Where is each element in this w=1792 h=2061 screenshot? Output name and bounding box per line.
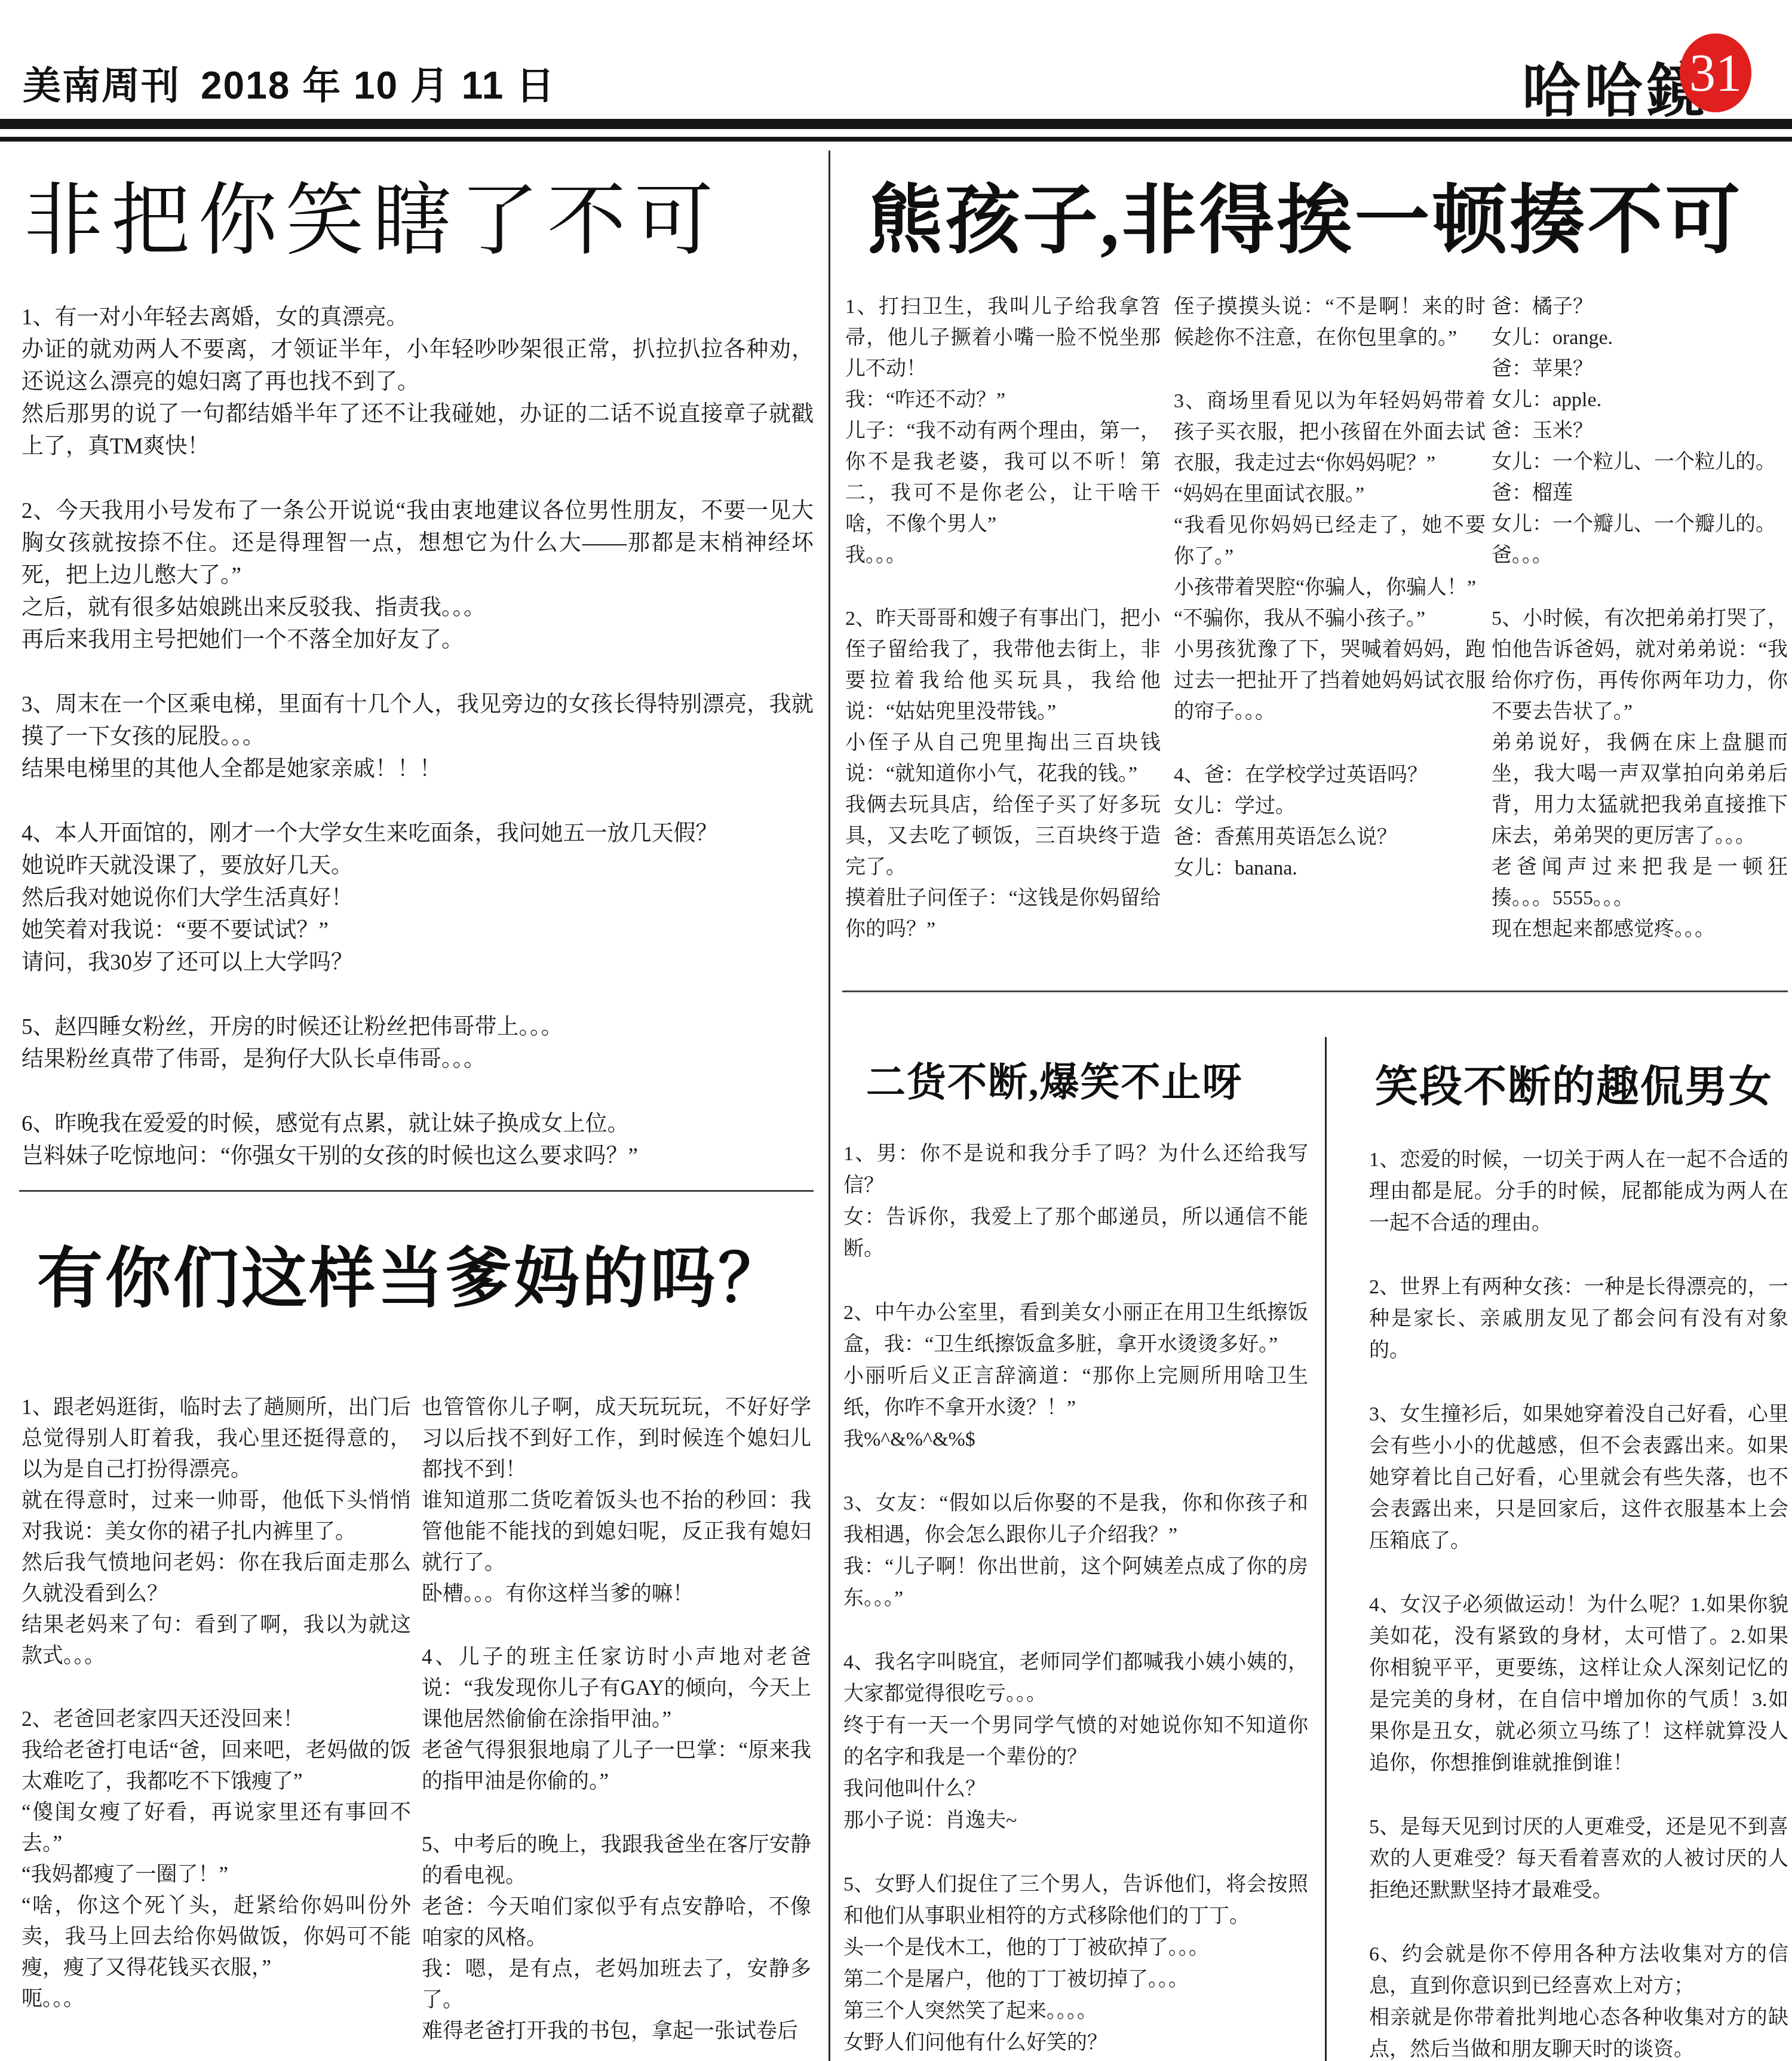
masthead-rule-thick [0,119,1792,129]
divider-under-laugh-blind [19,1190,814,1192]
paragraph-gap [22,1672,411,1704]
divider-under-bear-kid [842,990,1788,992]
erhuo-title: 二货不断,爆笑不止呀 [866,1050,1243,1107]
text-line: 小侄子从自己兜里掏出三百块钱说：“就知道你小气，花我的钱。” [845,728,1161,790]
text-line: 相亲就是你带着批判地心态各种收集对方的缺点，然后当做和朋友聊天时的谈资。 [1369,2002,1788,2061]
text-line: 我给老爸打电话“爸，回来吧，老妈做的饭太难吃了，我都吃不下饿瘦了” [22,1735,411,1797]
text-line: 小孩带着哭腔“你骗人，你骗人！” [1174,572,1486,603]
bear-kid-title: 熊孩子,非得挨一顿揍不可 [867,160,1743,268]
text-line: 第二个是屠户，他的丁丁被切掉了。。。 [843,1964,1308,1995]
text-line: 1、打扫卫生，我叫儿子给我拿笤帚，他儿子撅着小嘴一脸不悦坐那儿不动！ [845,292,1161,385]
text-line: “傻闺女瘦了好看，再说家里还有事回不去。” [22,1797,411,1859]
text-line: 4、女汉子必须做运动！为什么呢？1.如果你貌美如花，没有紧致的身材，太可惜了。2… [1369,1589,1788,1779]
paragraph-gap [845,571,1161,603]
text-line: 爸：香蕉用英语怎么说？ [1174,822,1486,853]
text-line: 5、中考后的晚上，我跟我爸坐在客厅安静的看电视。 [422,1829,811,1891]
text-line: 她笑着对我说：“要不要试试？” [22,915,814,947]
paragraph-gap [22,979,814,1011]
text-line: 2、昨天哥哥和嫂子有事出门，把小侄子留给我了，我带他去街上，非要拉着我给他买玩具… [845,603,1161,728]
text-line: 然后我对她说你们大学生活真好！ [22,882,814,915]
text-line: 结果老妈来了句：看到了啊，我以为就这款式。。。 [22,1609,411,1672]
text-line: 爸：橘子？ [1492,292,1788,323]
text-line: 终于有一天一个男同学气愤的对她说你知不知道你的名字和我是一个辈份的？ [843,1710,1308,1773]
text-line: 女儿：学过。 [1174,791,1486,822]
text-line: 我俩去玩具店，给侄子买了好多玩具，又去吃了顿饭，三百块终于造完了。 [845,790,1161,883]
text-line: 女：告诉你，我爱上了那个邮递员，所以通信不能断。 [843,1201,1308,1265]
bear-kid-column-2: 侄子摸摸头说：“不是啊！来的时候趁你不注意，在你包里拿的。”3、商场里看见以为年… [1174,292,1486,979]
paragraph-gap [22,786,814,818]
text-line: 侄子摸摸头说：“不是啊！来的时候趁你不注意，在你包里拿的。” [1174,292,1486,354]
text-line: 5、女野人们捉住了三个男人，告诉他们，将会按照和他们从事职业相符的方式移除他们的… [843,1869,1308,1932]
text-line: 女儿：一个瓣儿、一个瓣儿的。 [1492,509,1788,540]
paragraph-gap [1369,1239,1788,1271]
text-line: 女儿：orange. [1492,323,1788,354]
text-line: 老爸气得狠狠地扇了儿子一巴掌：“原来我的指甲油是你偷的。” [422,1735,811,1797]
text-line: 爸：玉米？ [1492,416,1788,447]
divider-bottom-right [1325,1037,1327,2061]
bear-kid-column-3: 爸：橘子？女儿：orange.爸：苹果？女儿：apple.爸：玉米？女儿：一个粒… [1492,292,1788,979]
text-line: 之后，就有很多姑娘跳出来反驳我、指责我。。。 [22,592,814,624]
text-line: 那小子说：肖逸夫~ [843,1805,1308,1836]
text-line: 呃。。。 [22,1983,411,2014]
paragraph-gap [22,1076,814,1108]
text-line: “我看见你妈妈已经走了，她不要你了。” [1174,510,1486,572]
paragraph-gap [22,463,814,495]
text-line: 女儿：一个粒儿、一个粒儿的。 [1492,447,1788,478]
parenting-column-right: 也管管你儿子啊，成天玩玩玩，不好好学习以后找不到好工作，到时候连个媳妇儿都找不到… [422,1392,811,2061]
text-line: 5、赵四睡女粉丝，开房的时候还让粉丝把伟哥带上。。。 [22,1011,814,1044]
text-line: 我问他叫什么？ [843,1773,1308,1805]
paragraph-gap [843,1836,1308,1869]
text-line: 6、昨晚我在爱爱的时候，感觉有点累，就让妹子换成女上位。 [22,1108,814,1140]
text-line: 小男孩犹豫了下，哭喊着妈妈，跑过去一把扯开了挡着她妈妈试衣服的帘子。。。 [1174,634,1486,728]
paragraph-gap [22,657,814,689]
text-line: 2、老爸回老家四天还没回来！ [22,1704,411,1735]
text-line: 爸：榴莲 [1492,478,1788,509]
paragraph-gap [843,1455,1308,1488]
text-line: 现在想起来都感觉疼。。。 [1492,914,1788,945]
page-number: 31 [1689,43,1742,103]
text-line: 4、本人开面馆的，刚才一个大学女生来吃面条，我问她五一放几天假？ [22,818,814,850]
parenting-column-left: 1、跟老妈逛街，临时去了趟厕所，出门后总觉得别人盯着我，我心里还挺得意的，以为是… [22,1392,411,2061]
text-line: 女儿：apple. [1492,385,1788,416]
paragraph-gap [1174,354,1486,386]
text-line: 我。。。 [845,540,1161,571]
paragraph-gap [1174,728,1486,760]
text-line: 弟弟说好，我俩在床上盘腿而坐，我大喝一声双掌拍向弟弟后背，用力太猛就把我弟直接推… [1492,728,1788,852]
text-line: 爸：苹果？ [1492,354,1788,385]
banter-title: 笑段不断的趣侃男女 [1375,1051,1773,1114]
text-line: 我%^&%^&%$ [843,1424,1308,1455]
text-line: 1、男：你不是说和我分手了吗？为什么还给我写信？ [843,1138,1308,1201]
text-line: 头一个是伐木工，他的丁丁被砍掉了。。。 [843,1932,1308,1964]
text-line: 再后来我用主号把她们一个不落全加好友了。 [22,624,814,657]
masthead-publication: 美南周刊 [23,64,180,107]
page-number-badge: 31 [1680,33,1751,112]
text-line: 2、今天我用小号发布了一条公开说说“我由衷地建议各位男性朋友，不要一见大胸女孩就… [22,495,814,592]
text-line: “不骗你，我从不骗小孩子。” [1174,603,1486,634]
text-line: 1、恋爱的时候，一切关于两人在一起不合适的理由都是屁。分手的时候，屁都能成为两人… [1369,1144,1788,1239]
text-line: 就在得意时，过来一帅哥，他低下头悄悄对我说：美女你的裙子扎内裤里了。 [22,1485,411,1547]
text-line: 老爸闻声过来把我是一顿狂揍。。。5555。。。 [1492,852,1788,914]
text-line: 儿子：“我不动有两个理由，第一，你不是我老婆，我可以不听！第二，我可不是你老公，… [845,416,1161,540]
text-line: 女野人们问他有什么好笑的？ [843,2027,1308,2059]
text-line: 6、约会就是你不停用各种方法收集对方的信息，直到你意识到已经喜欢上对方； [1369,1939,1788,2002]
text-line: 我：“咋还不动？” [845,385,1161,416]
banter-column: 1、恋爱的时候，一切关于两人在一起不合适的理由都是屁。分手的时候，屁都能成为两人… [1369,1144,1788,2061]
text-line: 老爸：今天咱们家似乎有点安静哈，不像咱家的风格。 [422,1891,811,1953]
laugh-blind-title: 非把你笑瞎了不可 [24,157,722,270]
text-line: 3、女友：“假如以后你娶的不是我，你和你孩子和我相遇，你会怎么跟你儿子介绍我？” [843,1488,1308,1551]
text-line: 办证的就劝两人不要离，才领证半年，小年轻吵吵架很正常，扒拉扒拉各种劝，还说这么漂… [22,334,814,398]
text-line: 摸着肚子问侄子：“这钱是你妈留给你的吗？” [845,883,1161,945]
masthead-rule-thin [0,137,1792,142]
text-line: 4、我名字叫晓宜，老师同学们都喊我小姨小姨的，大家都觉得很吃亏。。。 [843,1646,1308,1710]
text-line: 我：嗯，是有点，老妈加班去了，安静多了。 [422,1953,811,2016]
text-line: 2、中午办公室里，看到美女小丽正在用卫生纸擦饭盒，我：“卫生纸擦饭盒多脏，拿开水… [843,1297,1308,1360]
text-line: 也管管你儿子啊，成天玩玩玩，不好好学习以后找不到好工作，到时候连个媳妇儿都找不到… [422,1392,811,1485]
paragraph-gap [843,1265,1308,1297]
text-line: 结果粉丝真带了伟哥，是狗仔大队长卓伟哥。。。 [22,1044,814,1076]
masthead: 美南周刊2018 年 10 月 11 日 [23,55,556,110]
text-line: 1、有一对小年轻去离婚，女的真漂亮。 [22,302,814,334]
text-line: 她说昨天就没课了，要放好几天。 [22,850,814,882]
masthead-date: 2018 年 10 月 11 日 [201,64,556,107]
paragraph-gap [1369,1906,1788,1939]
text-line: 难得老爸打开我的书包，拿起一张试卷后 [422,2016,811,2047]
paragraph-gap [1369,1366,1788,1398]
paragraph-gap [843,1614,1308,1646]
text-line: 5、小时候，有次把弟弟打哭了，怕他告诉爸妈，就对弟弟说：“我给你疗伤，再传你两年… [1492,603,1788,728]
erhuo-column: 1、男：你不是说和我分手了吗？为什么还给我写信？女：告诉你，我爱上了那个邮递员，… [843,1138,1308,2061]
text-line: 岂料妹子吃惊地问：“你强女干别的女孩的时候也这么要求吗？” [22,1140,814,1173]
text-line: 1、跟老妈逛街，临时去了趟厕所，出门后总觉得别人盯着我，我心里还挺得意的，以为是… [22,1392,411,1485]
newspaper-page: { "header": { "publication": "美南周刊", "da… [0,0,1792,2061]
paragraph-gap [422,1797,811,1829]
text-line: “啥，你这个死丫头，赶紧给你妈叫份外卖，我马上回去给你妈做饭，你妈可不能瘦，瘦了… [22,1890,411,1983]
text-line: 5、是每天见到讨厌的人更难受，还是见不到喜欢的人更难受？每天看着喜欢的人被讨厌的… [1369,1811,1788,1906]
paragraph-gap [1369,1557,1788,1589]
parenting-title: 有你们这样当爹妈的吗？ [37,1226,786,1320]
text-line: 3、周末在一个区乘电梯，里面有十几个人，我见旁边的女孩长得特别漂亮，我就摸了一下… [22,689,814,753]
text-line: 爸。。。 [1492,540,1788,571]
text-line: 3、商场里看见以为年轻妈妈带着孩子买衣服，把小孩留在外面去试衣服，我走过去“你妈… [1174,386,1486,479]
paragraph-gap [422,1609,811,1642]
text-line: 小丽听后义正言辞滴道：“那你上完厕所用啥卫生纸，你咋不拿开水烫？！” [843,1360,1308,1424]
text-line: “我妈都瘦了一圈了！” [22,1859,411,1890]
paragraph-gap [1369,1779,1788,1811]
masthead-section-name: 哈哈鏡 [1522,44,1708,128]
text-line: 然后那男的说了一句都结婚半年了还不让我碰她，办证的二话不说直接章子就戳上了，真T… [22,398,814,463]
text-line: 谁知道那二货吃着饭头也不抬的秒回：我管他能不能找的到媳妇呢，反正我有媳妇就行了。 [422,1485,811,1578]
text-line: 2、世界上有两种女孩：一种是长得漂亮的，一种是家长、亲戚朋友见了都会问有没有对象… [1369,1271,1788,1366]
laugh-blind-column: 1、有一对小年轻去离婚，女的真漂亮。办证的就劝两人不要离，才领证半年，小年轻吵吵… [22,302,814,1186]
text-line: 结果电梯里的其他人全都是她家亲戚！！！ [22,753,814,786]
paragraph-gap [1492,571,1788,603]
text-line: 第三个人突然笑了起来。。。。 [843,1995,1308,2027]
text-line: 卧槽。。。有你这样当爹的嘛！ [422,1578,811,1609]
text-line: 4、爸：在学校学过英语吗？ [1174,760,1486,791]
text-line: 3、女生撞衫后，如果她穿着没自己好看，心里会有些小小的优越感，但不会表露出来。如… [1369,1398,1788,1557]
text-line: 我：“儿子啊！你出世前，这个阿姨差点成了你的房东。。。” [843,1551,1308,1614]
divider-left-main [829,151,830,2061]
text-line: 女儿：banana. [1174,853,1486,884]
text-line: 然后我气愤地问老妈：你在我后面走那么久就没看到么？ [22,1547,411,1609]
text-line: 请问，我30岁了还可以上大学吗？ [22,947,814,979]
text-line: “妈妈在里面试衣服。” [1174,479,1486,510]
text-line: 4、儿子的班主任家访时小声地对老爸说：“我发现你儿子有GAY的倾向，今天上课他居… [422,1642,811,1735]
bear-kid-column-1: 1、打扫卫生，我叫儿子给我拿笤帚，他儿子撅着小嘴一脸不悦坐那儿不动！我：“咋还不… [845,292,1161,979]
